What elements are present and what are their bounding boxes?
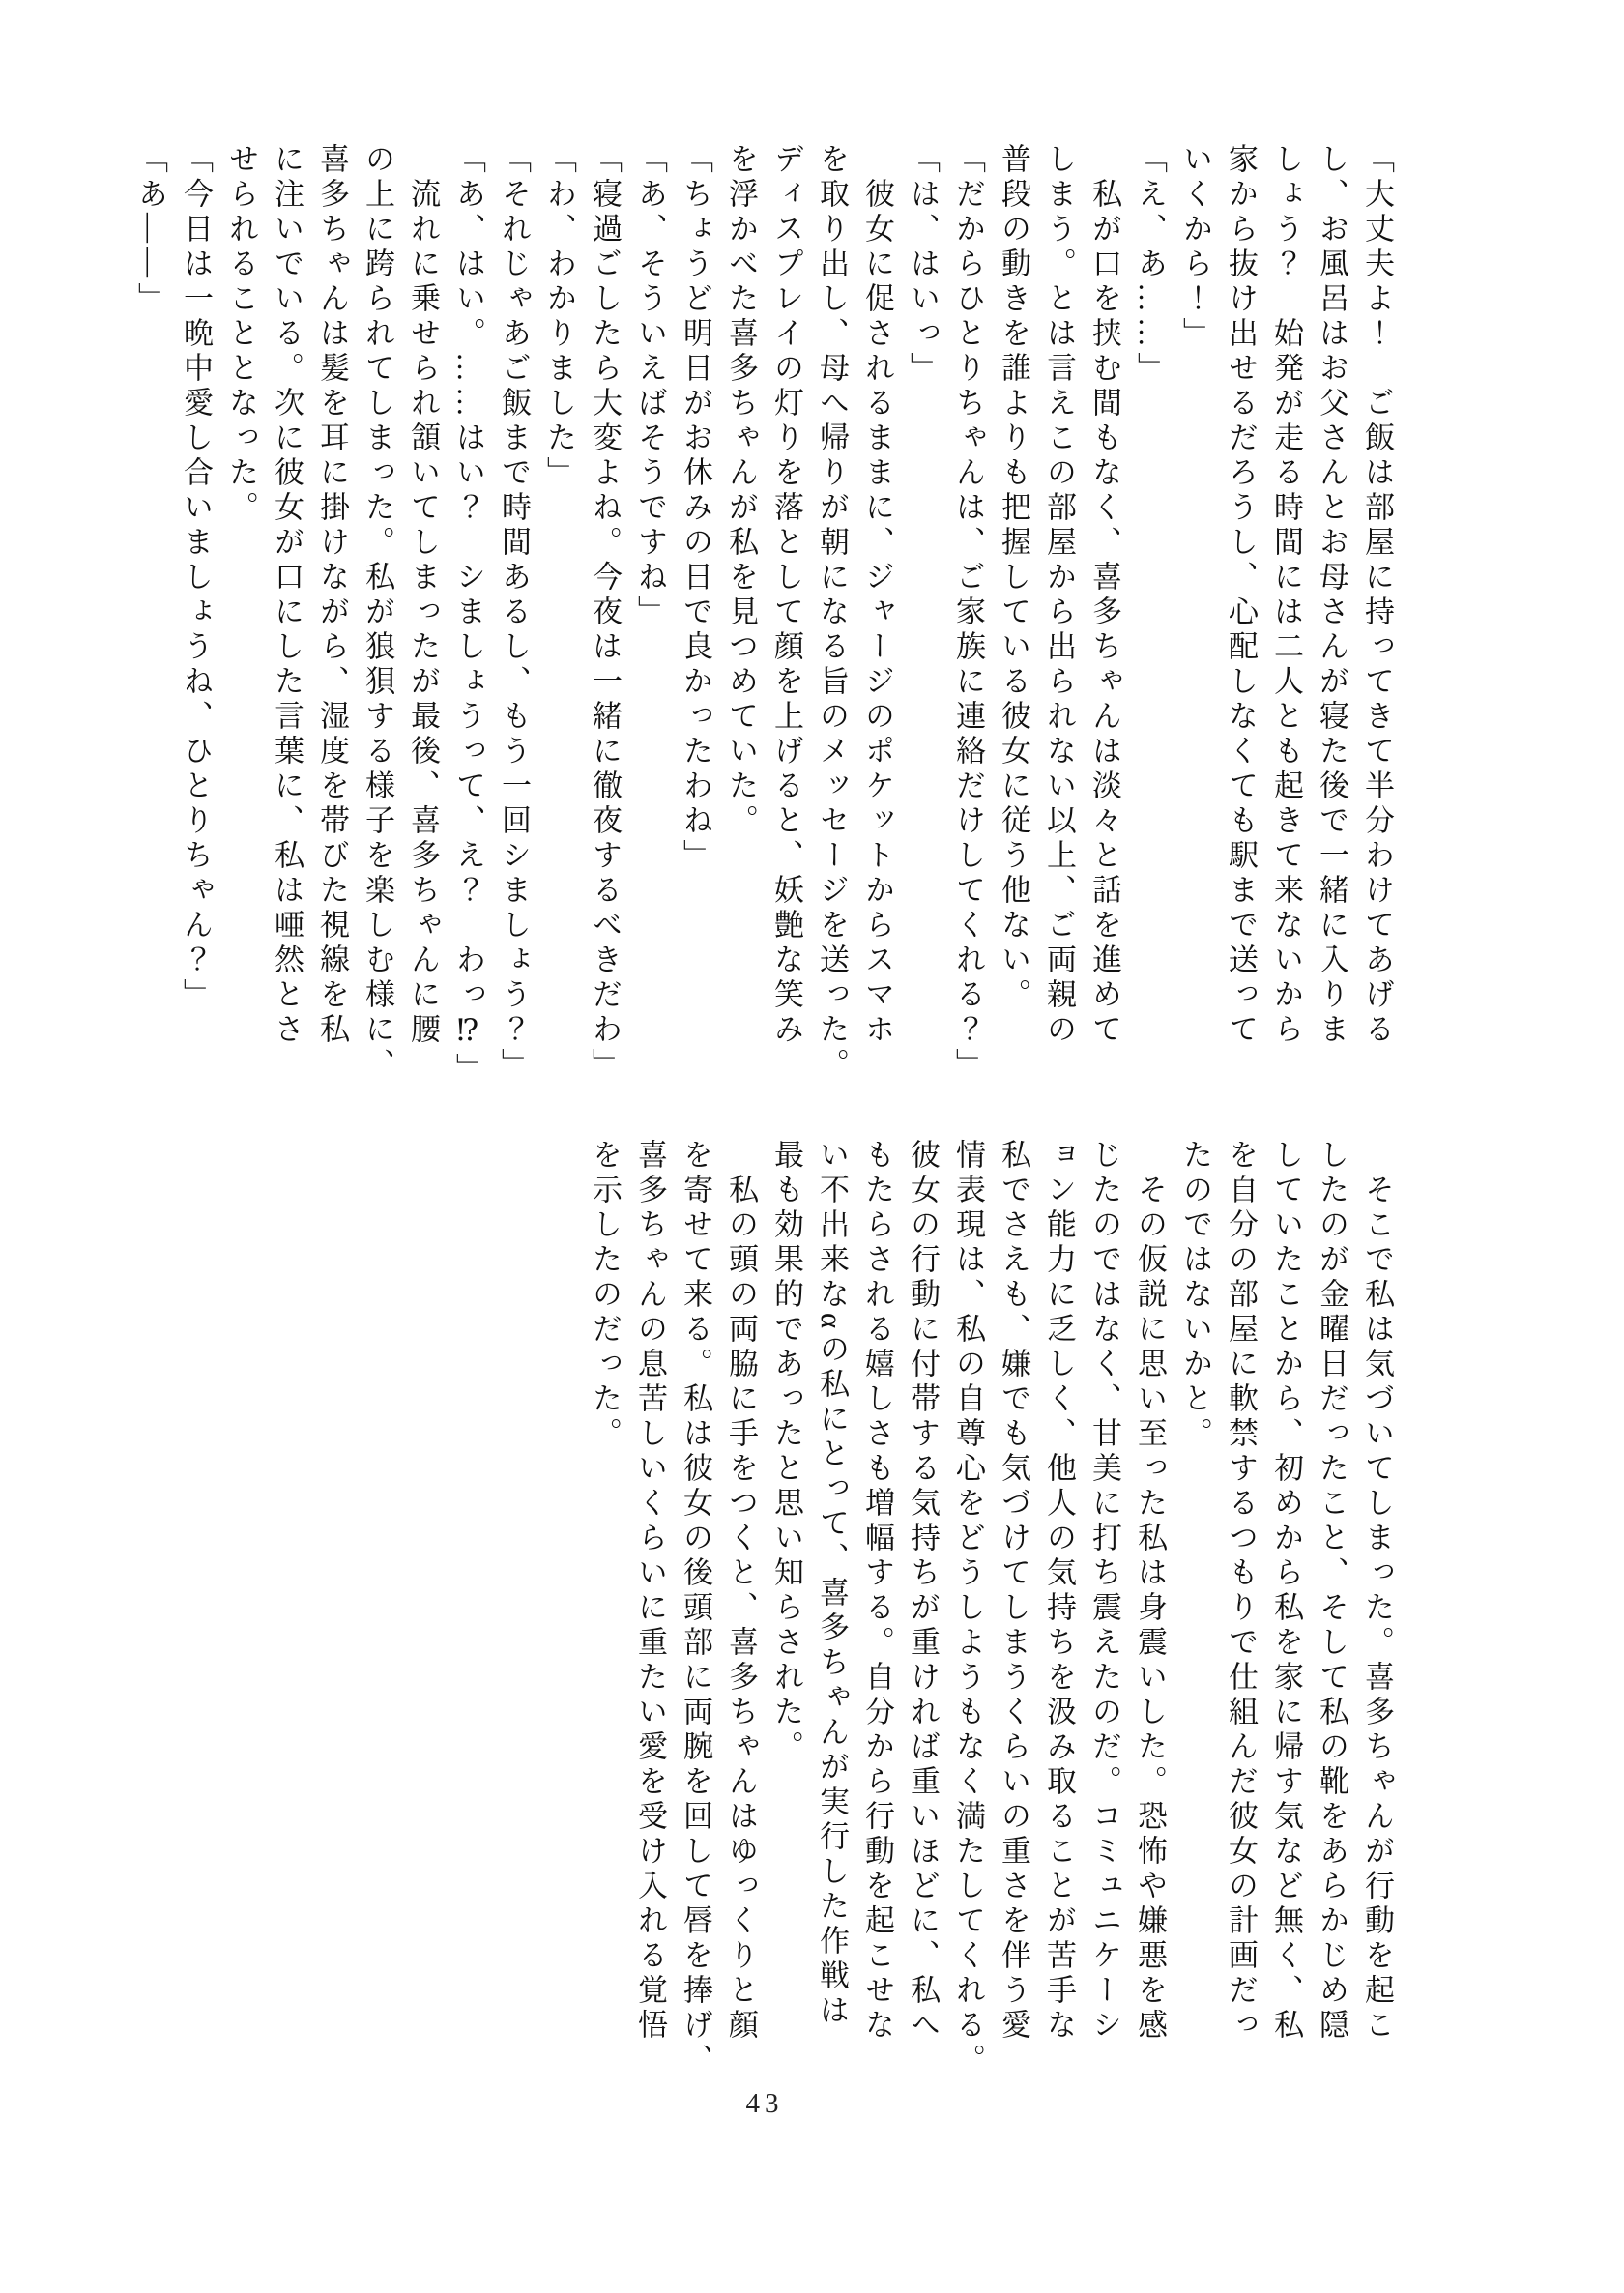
text-column: ョン能力に乏しく、他人の気持ちを汲み取ることが苦手な [1036,1139,1082,2052]
text-column: 「は、はいっ」 [900,143,945,1057]
text-column: 流れに乗せられ頷いてしまったが最後、喜多ちゃんに腰 [400,143,446,1057]
text-column: たのではないかと。 [1173,1139,1218,2052]
text-column: 喜多ちゃんは髪を耳に掛けながら、湿度を帯びた視線を私 [309,143,355,1057]
text-column: 「あ、そういえばそうですね」 [627,143,673,1057]
text-column: もたらされる嬉しさも増幅する。自分から行動を起こせな [855,1139,900,2052]
text-column: 喜多ちゃんの息苦しいくらいに重たい愛を受け入れる覚悟 [627,1139,673,2052]
text-column: じたのではなく、甘美に打ち震えたのだ。コミュニケーシ [1082,1139,1127,2052]
text-column: い不出来なαの私にとって、喜多ちゃんが実行した作戦は [809,1139,855,2052]
text-column: せられることとなった。 [218,143,264,1057]
text-column: 情表現は、私の自尊心をどうしようもなく満たしてくれる。 [945,1139,991,2052]
book-page: 「大丈夫よ！ ご飯は部屋に持ってきて半分わけてあげるし、お風呂はお父さんとお母さ… [0,0,1624,2293]
text-column: しょう？ 始発が走る時間には二人とも起きて来ないから [1263,143,1309,1057]
text-column: していたことから、初めから私を家に帰す気など無く、私 [1263,1139,1309,2052]
text-column: を自分の部屋に軟禁するつもりで仕組んだ彼女の計画だっ [1218,1139,1263,2052]
text-column: 最も効果的であったと思い知らされた。 [764,1139,809,2052]
story-text-block-lower: そこで私は気づいてしまった。喜多ちゃんが行動を起こしたのが金曜日だったこと、そし… [582,1139,1400,2052]
text-column: 「それじゃあご飯まで時間あるし、もう一回シましょう？」 [491,143,536,1057]
text-column: いくから！」 [1173,143,1218,1057]
text-column: したのが金曜日だったこと、そして私の靴をあらかじめ隠 [1309,1139,1354,2052]
text-column: 家から抜け出せるだろうし、心配しなくても駅まで送って [1218,143,1263,1057]
text-column: を取り出し、母へ帰りが朝になる旨のメッセージを送った。 [809,143,855,1057]
text-column: 普段の動きを誰よりも把握している彼女に従う他ない。 [991,143,1036,1057]
text-column: その仮説に思い至った私は身震いした。恐怖や嫌悪を感 [1127,1139,1173,2052]
text-column: 「今日は一晩中愛し合いましょうね、ひとりちゃん？」 [173,143,218,1057]
text-column: 私が口を挟む間もなく、喜多ちゃんは淡々と話を進めて [1082,143,1127,1057]
text-column: 「寝過ごしたら大変よね。今夜は一緒に徹夜するべきだわ」 [582,143,627,1057]
text-column: ディスプレイの灯りを落として顔を上げると、妖艶な笑み [764,143,809,1057]
text-column: 「だからひとりちゃんは、ご家族に連絡だけしてくれる？」 [945,143,991,1057]
text-column: 彼女に促されるままに、ジャージのポケットからスマホ [855,143,900,1057]
text-column: 私の頭の両脇に手をつくと、喜多ちゃんはゆっくりと顔 [718,1139,764,2052]
text-column: に注いでいる。次に彼女が口にした言葉に、私は唖然とさ [264,143,309,1057]
text-column: し、お風呂はお父さんとお母さんが寝た後で一緒に入りま [1309,143,1354,1057]
text-column: 「え、あ……」 [1127,143,1173,1057]
text-column: しまう。とは言えこの部屋から出られない以上、ご両親の [1036,143,1082,1057]
text-column: 彼女の行動に付帯する気持ちが重ければ重いほどに、私へ [900,1139,945,2052]
text-column: 「大丈夫よ！ ご飯は部屋に持ってきて半分わけてあげる [1354,143,1400,1057]
text-column: 「あ、はい。……はい？ シましょうって、え？ わっ⁉」 [446,143,491,1057]
text-column: 「わ、わかりました」 [536,143,582,1057]
text-column: の上に跨られてしまった。私が狼狽する様子を楽しむ様に、 [355,143,400,1057]
page-number: 43 [710,2088,819,2120]
text-column: 「ちょうど明日がお休みの日で良かったわね」 [673,143,718,1057]
text-column: を示したのだった。 [582,1139,627,2052]
text-column: を浮かべた喜多ちゃんが私を見つめていた。 [718,143,764,1057]
text-column: 私でさえも、嫌でも気づけてしまうくらいの重さを伴う愛 [991,1139,1036,2052]
text-column: を寄せて来る。私は彼女の後頭部に両腕を回して唇を捧げ、 [673,1139,718,2052]
story-text-block-upper: 「大丈夫よ！ ご飯は部屋に持ってきて半分わけてあげるし、お風呂はお父さんとお母さ… [128,143,1400,1057]
text-column: 「あ――」 [128,143,173,1057]
text-column: そこで私は気づいてしまった。喜多ちゃんが行動を起こ [1354,1139,1400,2052]
